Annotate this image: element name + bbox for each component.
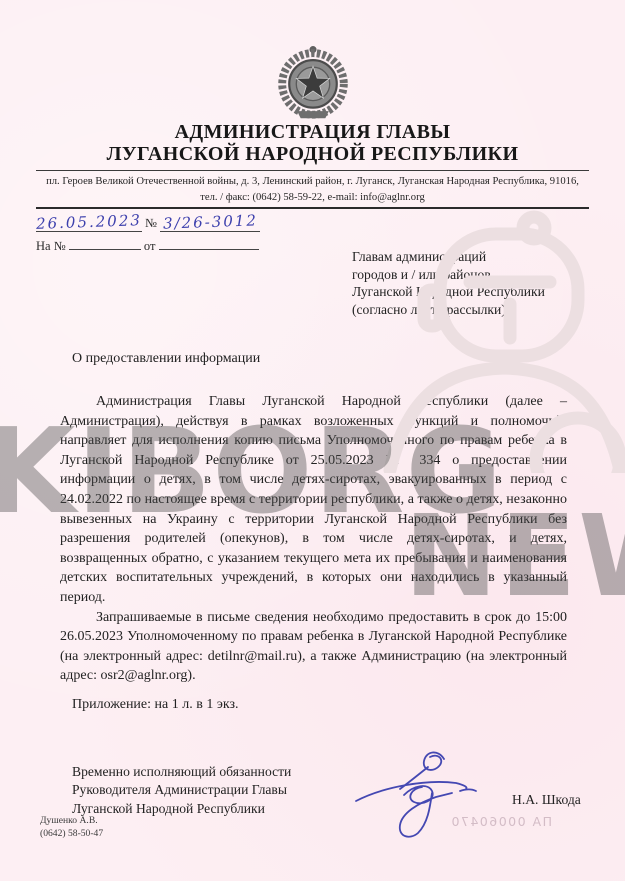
outgoing-date-handwritten: 26.05.2023 bbox=[36, 213, 142, 232]
header-divider-thin bbox=[36, 170, 589, 171]
incoming-number-blank bbox=[69, 237, 141, 250]
handwritten-signature-icon bbox=[348, 745, 478, 845]
scanned-letter-page: АДМИНИСТРАЦИЯ ГЛАВЫ ЛУГАНСКОЙ НАРОДНОЙ Р… bbox=[0, 0, 625, 881]
outgoing-number-line: 26.05.2023 № 3/26-3012 bbox=[36, 213, 260, 232]
signer-position-line: Луганской Народной Республики bbox=[72, 800, 342, 818]
outgoing-number-handwritten: 3/26-3012 bbox=[160, 213, 260, 232]
signer-position-line: Руководителя Администрации Главы bbox=[72, 781, 342, 799]
recipient-line: городов и / или районов bbox=[352, 266, 545, 284]
incoming-date-blank bbox=[159, 237, 259, 250]
attachment-line: Приложение: на 1 л. в 1 экз. bbox=[72, 697, 239, 713]
reference-block: 26.05.2023 № 3/26-3012 На № от bbox=[36, 213, 260, 254]
signer-position-line: Временно исполняющий обязанности bbox=[72, 763, 342, 781]
body-paragraph: Администрация Главы Луганской Народной Р… bbox=[60, 392, 567, 608]
reply-from-label: от bbox=[144, 239, 156, 253]
mirrored-registration-stamp: ПА 00060470 bbox=[450, 814, 552, 829]
subject-line: О предоставлении информации bbox=[72, 351, 260, 367]
reply-prefix-label: На № bbox=[36, 239, 66, 253]
recipient-block: Главам администраций городов и / или рай… bbox=[352, 248, 545, 319]
executor-block: Душенко А.В. (0642) 58-50-47 bbox=[40, 815, 103, 841]
letterhead-title-line1: АДМИНИСТРАЦИЯ ГЛАВЫ bbox=[0, 121, 625, 143]
header-divider-thick bbox=[36, 207, 589, 209]
recipient-line: (согласно листу рассылки) bbox=[352, 301, 545, 319]
body-paragraph: Запрашиваемые в письме сведения необходи… bbox=[60, 608, 567, 686]
signer-position-block: Временно исполняющий обязанности Руковод… bbox=[72, 763, 342, 818]
letter-body: Администрация Главы Луганской Народной Р… bbox=[60, 392, 567, 686]
address-line2: тел. / факс: (0642) 58-59-22, e-mail: in… bbox=[28, 190, 597, 206]
signer-name: Н.А. Шкода bbox=[512, 792, 581, 808]
lnr-coat-of-arms-icon bbox=[269, 44, 357, 127]
recipient-line: Главам администраций bbox=[352, 248, 545, 266]
letterhead-title: АДМИНИСТРАЦИЯ ГЛАВЫ ЛУГАНСКОЙ НАРОДНОЙ Р… bbox=[0, 121, 625, 165]
letterhead-title-line2: ЛУГАНСКОЙ НАРОДНОЙ РЕСПУБЛИКИ bbox=[0, 143, 625, 165]
incoming-number-line: На № от bbox=[36, 237, 260, 254]
letterhead-address: пл. Героев Великой Отечественной войны, … bbox=[28, 174, 597, 206]
address-line1: пл. Героев Великой Отечественной войны, … bbox=[28, 174, 597, 190]
executor-name: Душенко А.В. bbox=[40, 815, 103, 828]
recipient-line: Луганской Народной Республики bbox=[352, 283, 545, 301]
executor-phone: (0642) 58-50-47 bbox=[40, 828, 103, 841]
number-sign: № bbox=[145, 216, 157, 230]
